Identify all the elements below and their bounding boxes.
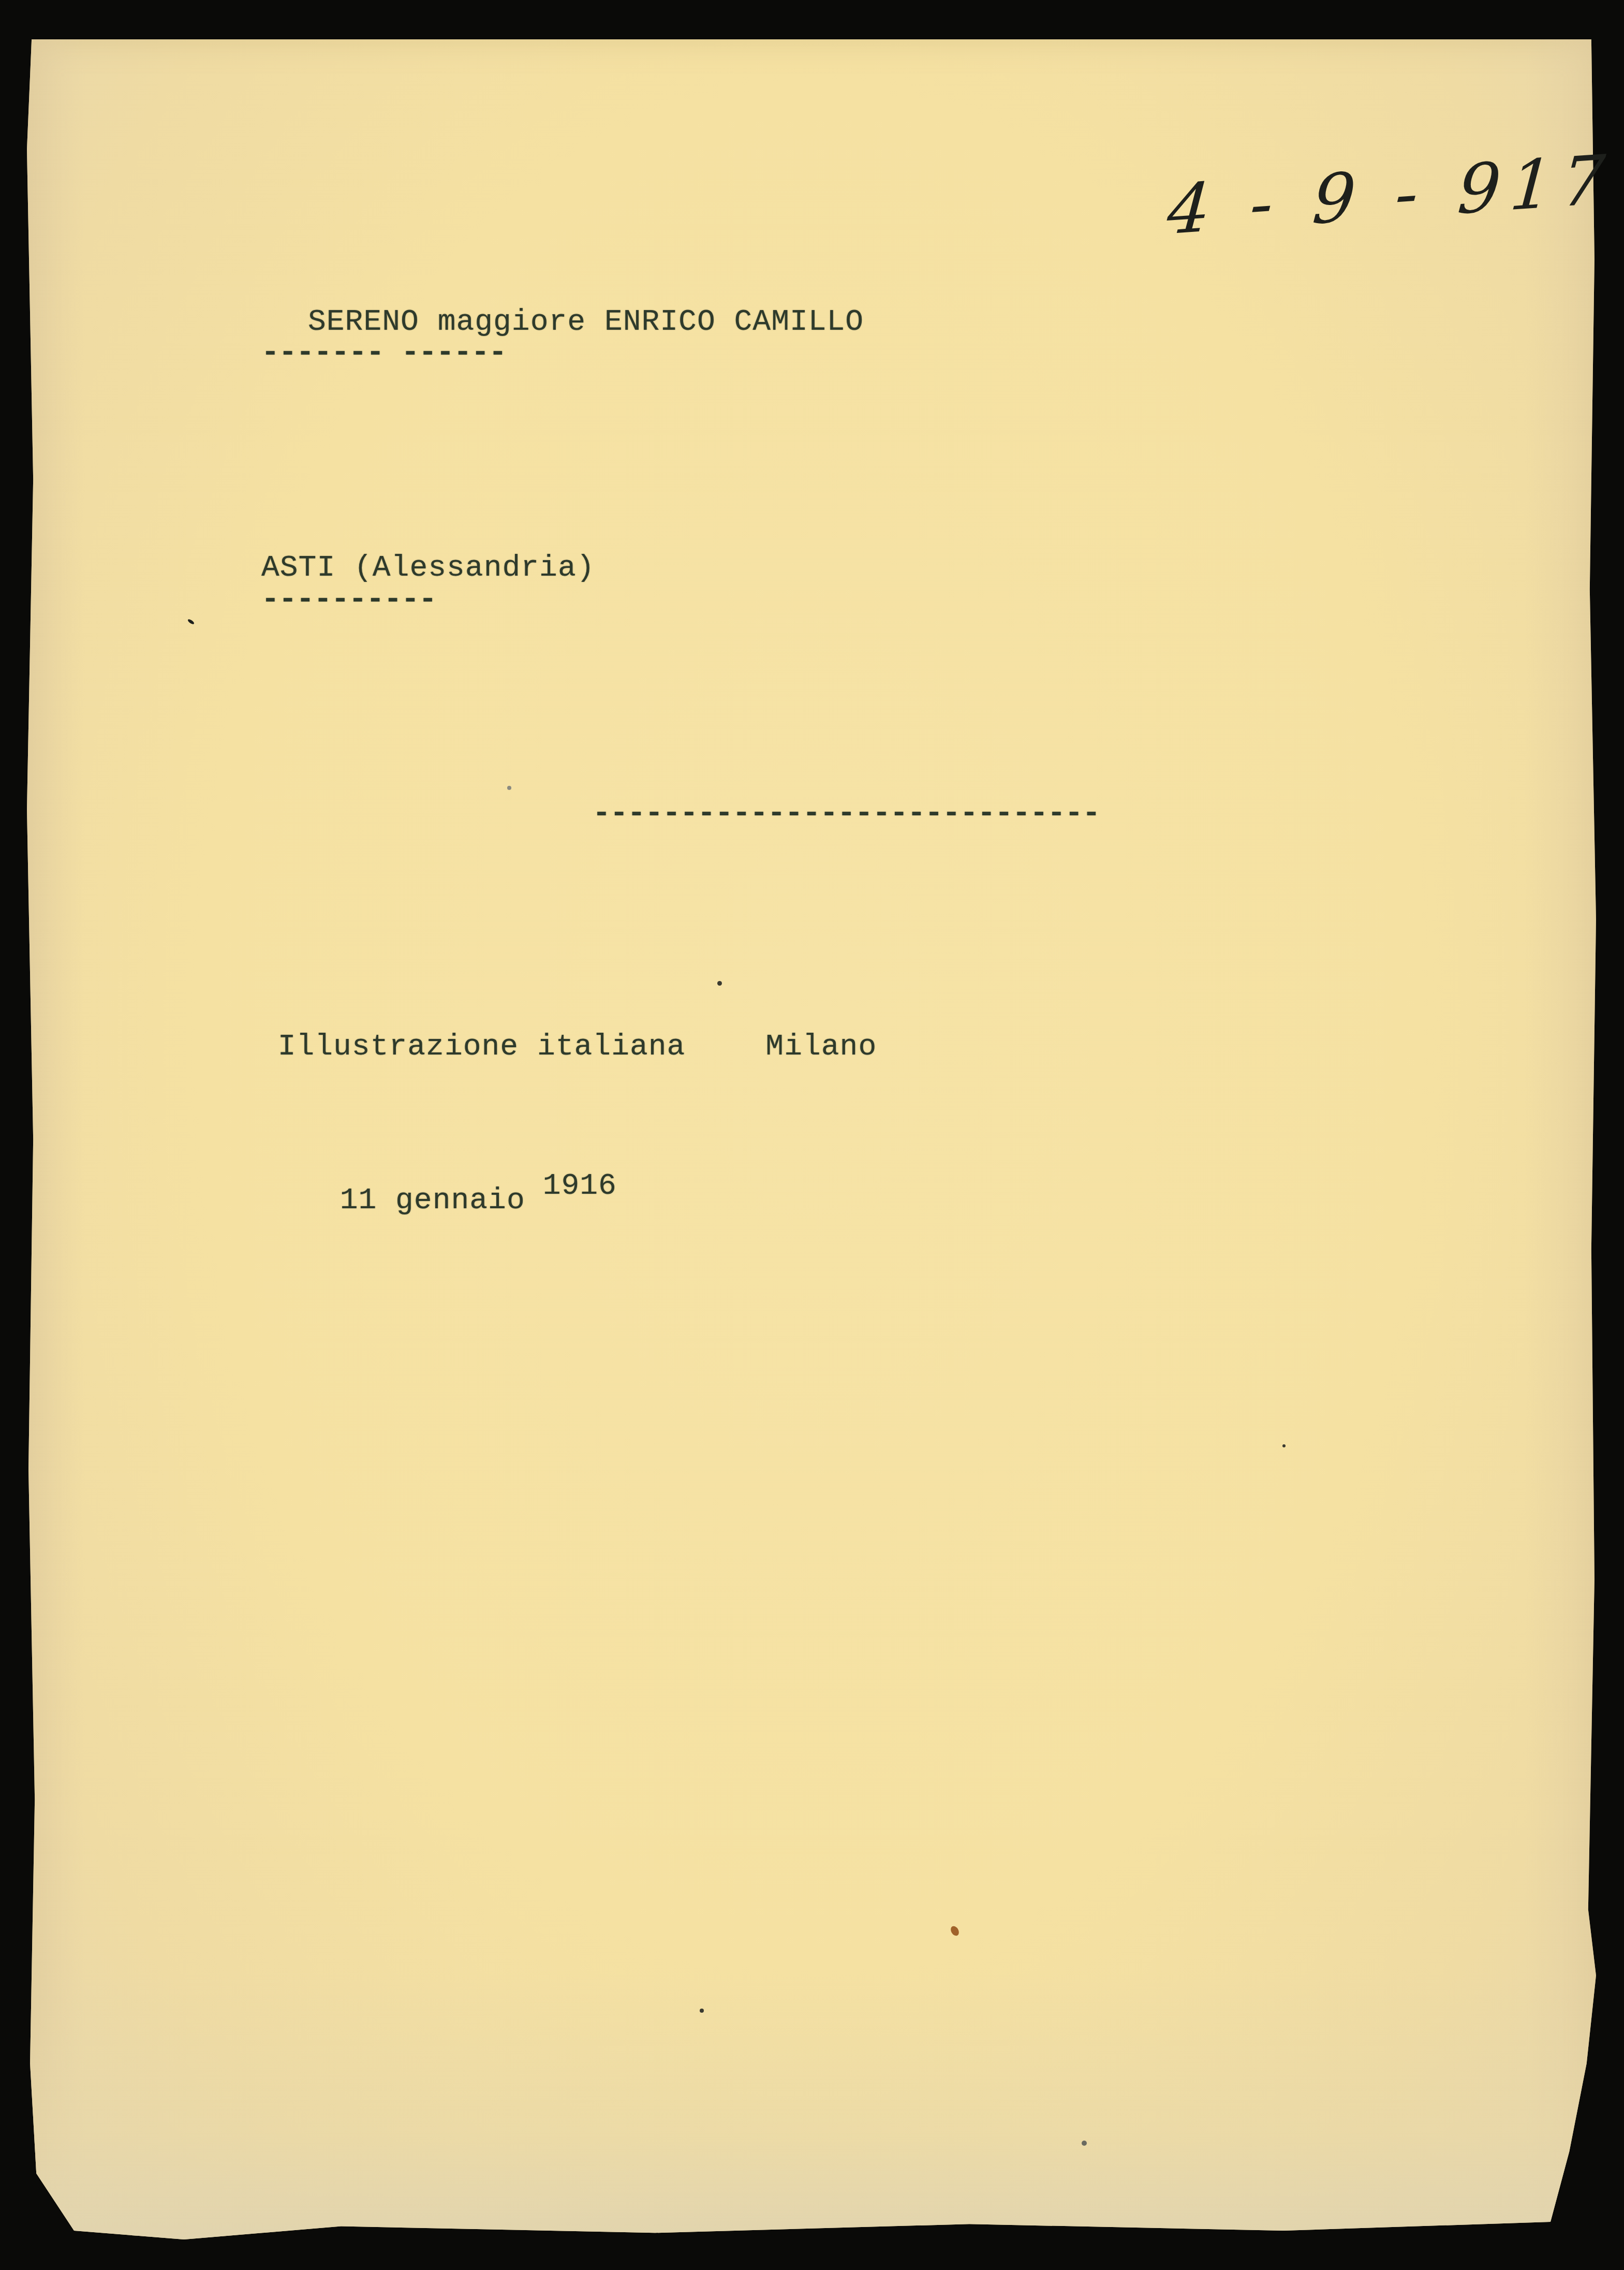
edge-stain-left xyxy=(27,39,84,2239)
publication-city: Milano xyxy=(765,1030,877,1064)
name-line: SERENO maggiore ENRICO CAMILLO xyxy=(308,305,864,339)
date-line: 11 gennaio1916 xyxy=(303,1150,617,1218)
publication-title: Illustrazione italiana xyxy=(278,1030,686,1064)
publication-line: Illustrazione italianaMilano xyxy=(241,997,877,1064)
paper-speck xyxy=(507,786,511,790)
date-day-month: 11 gennaio xyxy=(340,1184,525,1218)
paper-speck xyxy=(1082,2141,1087,2146)
paper-speck xyxy=(700,2009,704,2013)
name-underline: ------- ------ xyxy=(261,336,506,370)
paper-speck xyxy=(1282,1444,1286,1447)
place-line: ASTI (Alessandria) xyxy=(261,551,595,585)
separator-line: ----------------------------- xyxy=(593,797,1100,831)
place-underline: ---------- xyxy=(261,583,436,617)
ink-dot xyxy=(717,981,722,986)
edge-stain-bottom xyxy=(27,1970,1598,2239)
edge-stain-right xyxy=(1525,39,1598,2239)
date-year: 1916 xyxy=(543,1169,617,1203)
